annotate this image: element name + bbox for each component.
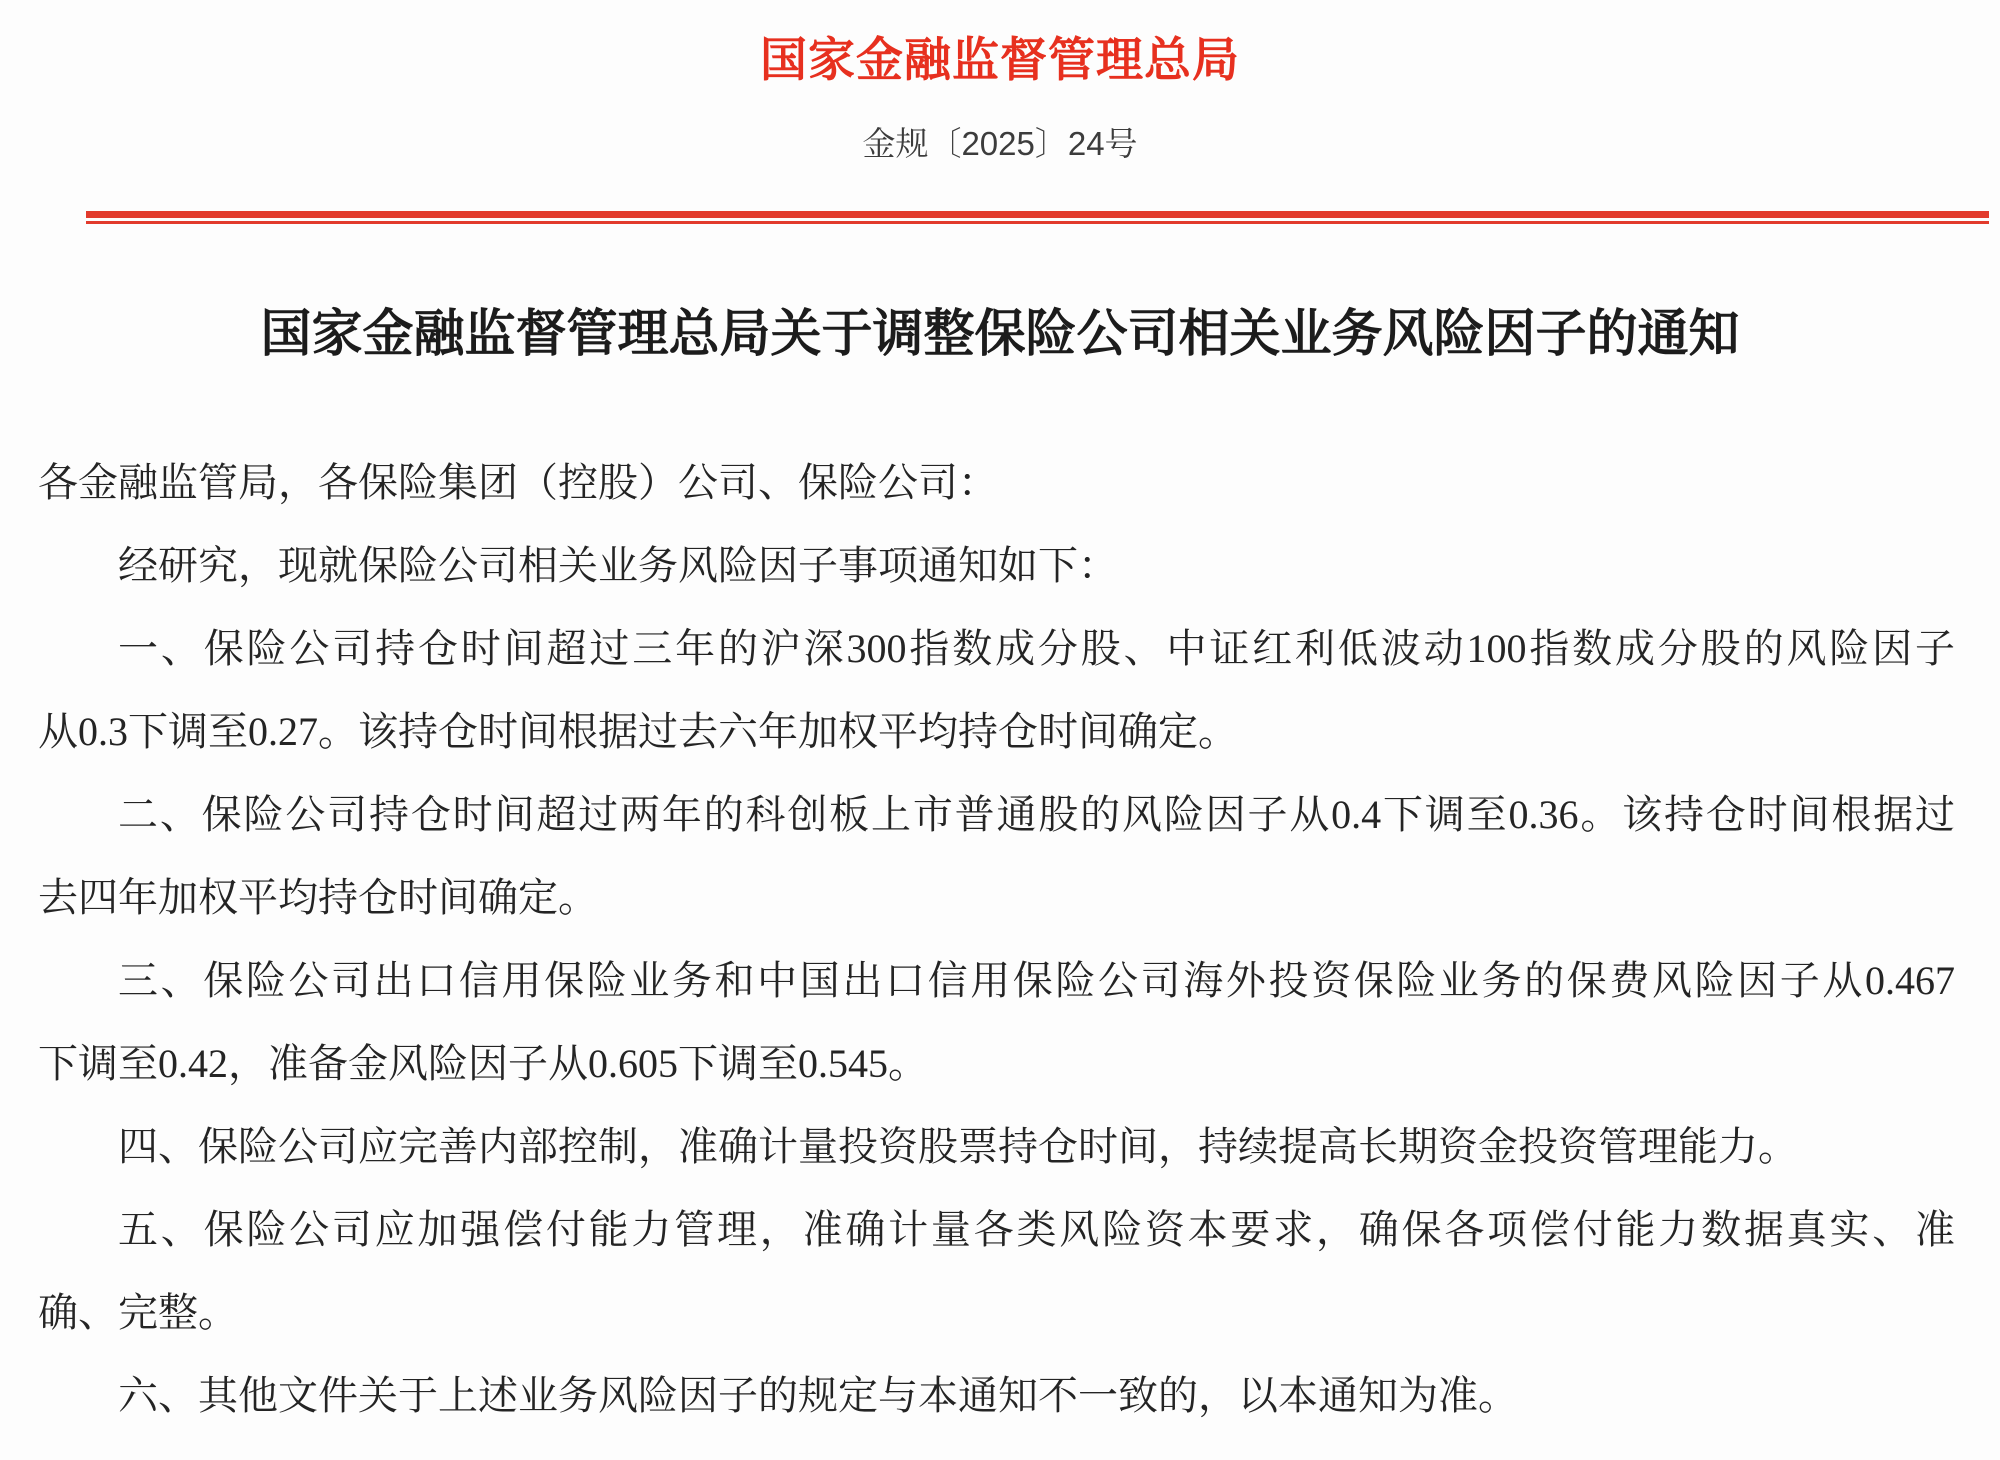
doc-line-item1-part2: 从0.3下调至0.27。该持仓时间根据过去六年加权平均持仓时间确定。: [38, 690, 1955, 773]
document-heading: 国家金融监督管理总局关于调整保险公司相关业务风险因子的通知: [0, 298, 2000, 370]
doc-line-item2-part1: 二、保险公司持仓时间超过两年的科创板上市普通股的风险因子从0.4下调至0.36。…: [38, 773, 1955, 856]
doc-line-item4: 四、保险公司应完善内部控制，准确计量投资股票持仓时间，持续提高长期资金投资管理能…: [38, 1105, 1955, 1188]
doc-line-item5-part2: 确、完整。: [38, 1271, 1955, 1354]
doc-line-salutation: 各金融监管局，各保险集团（控股）公司、保险公司：: [38, 441, 1955, 524]
doc-line-item3-part1: 三、保险公司出口信用保险业务和中国出口信用保险公司海外投资保险业务的保费风险因子…: [38, 939, 1955, 1022]
document-body: 各金融监管局，各保险集团（控股）公司、保险公司： 经研究，现就保险公司相关业务风…: [38, 441, 1955, 1437]
doc-line-item5-part1: 五、保险公司应加强偿付能力管理，准确计量各类风险资本要求，确保各项偿付能力数据真…: [38, 1188, 1955, 1271]
doc-number: 金规〔2025〕24号: [0, 122, 2000, 166]
doc-line-item2-part2: 去四年加权平均持仓时间确定。: [38, 856, 1955, 939]
doc-line-intro: 经研究，现就保险公司相关业务风险因子事项通知如下：: [38, 524, 1955, 607]
issuer-title: 国家金融监督管理总局: [0, 28, 2000, 92]
doc-line-item6: 六、其他文件关于上述业务风险因子的规定与本通知不一致的，以本通知为准。: [38, 1354, 1955, 1437]
doc-line-item1-part1: 一、保险公司持仓时间超过三年的沪深300指数成分股、中证红利低波动100指数成分…: [38, 607, 1955, 690]
doc-line-item3-part2: 下调至0.42，准备金风险因子从0.605下调至0.545。: [38, 1022, 1955, 1105]
red-divider-rule: [86, 211, 1989, 224]
